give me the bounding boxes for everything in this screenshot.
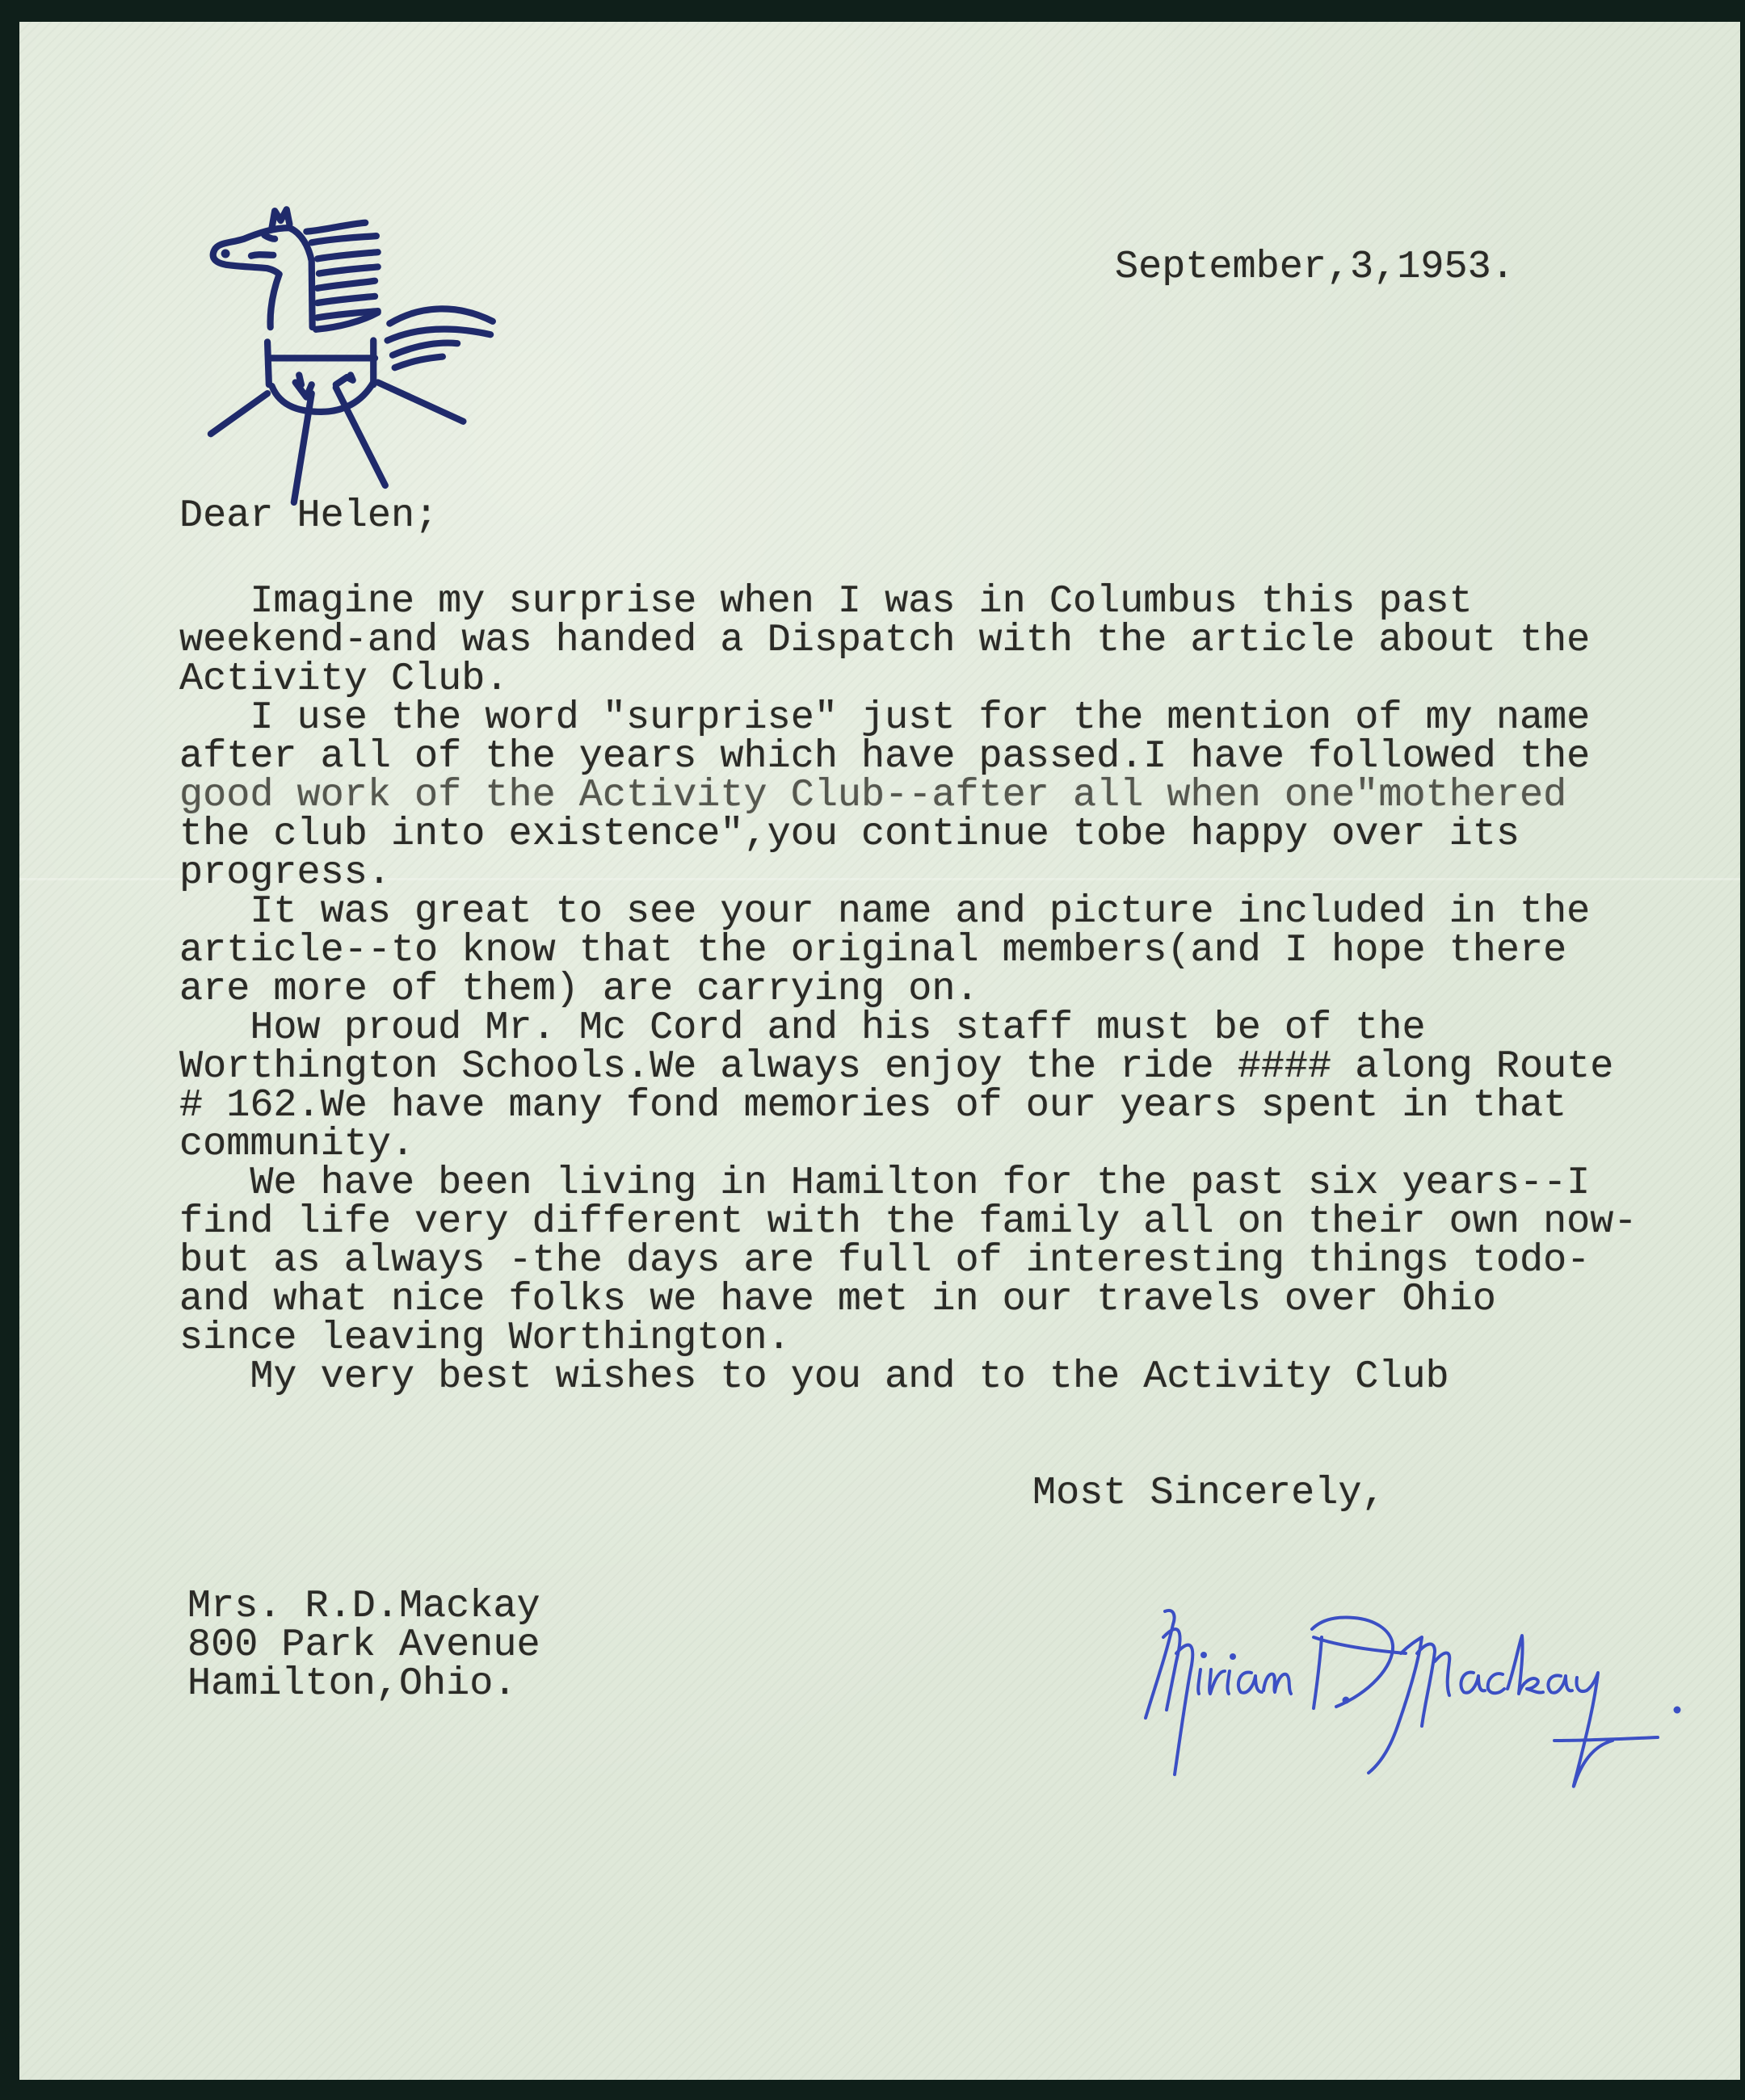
body-line: I use the word "surprise" just for the m… [179, 699, 1590, 738]
body-line: Activity Club. [179, 660, 508, 699]
sender-name: Mrs. R.D.Mackay [187, 1587, 540, 1627]
body-line: # 162.We have many fond memories of our … [179, 1086, 1566, 1126]
body-line: the club into existence",you continue to… [179, 815, 1520, 855]
body-line: My very best wishes to you and to the Ac… [179, 1358, 1449, 1397]
body-line: Imagine my surprise when I was in Columb… [179, 582, 1473, 622]
sender-street: 800 Park Avenue [187, 1626, 540, 1665]
body-line: Worthington Schools.We always enjoy the … [179, 1048, 1613, 1087]
body-line: progress. [179, 854, 391, 893]
body-line: weekend-and was handed a Dispatch with t… [179, 621, 1590, 661]
body-line: and what nice folks we have met in our t… [179, 1280, 1496, 1320]
body-line: article--to know that the original membe… [179, 931, 1566, 971]
handwritten-signature: Miriam D. Mackay. [1134, 1605, 1716, 1799]
body-line: after all of the years which have passed… [179, 737, 1590, 777]
body-line: It was great to see your name and pictur… [179, 892, 1590, 932]
body-line: good work of the Activity Club--after al… [179, 776, 1566, 816]
closing: Most Sincerely, [1032, 1474, 1385, 1514]
body-line: We have been living in Hamilton for the … [179, 1164, 1590, 1203]
letter-page: September,3,1953. Dear Helen; Imagine my… [19, 22, 1740, 2080]
body-line: but as always -the days are full of inte… [179, 1241, 1590, 1281]
salutation: Dear Helen; [179, 497, 438, 536]
body-line: How proud Mr. Mc Cord and his staff must… [179, 1009, 1426, 1048]
body-line: find life very different with the family… [179, 1203, 1638, 1242]
letter-date: September,3,1953. [1115, 248, 1515, 288]
horse-sun-icon [185, 187, 516, 519]
body-line: community. [179, 1125, 414, 1165]
sender-city: Hamilton,Ohio. [187, 1665, 516, 1704]
body-line: since leaving Worthington. [179, 1319, 791, 1359]
body-line: are more of them) are carrying on. [179, 970, 979, 1010]
